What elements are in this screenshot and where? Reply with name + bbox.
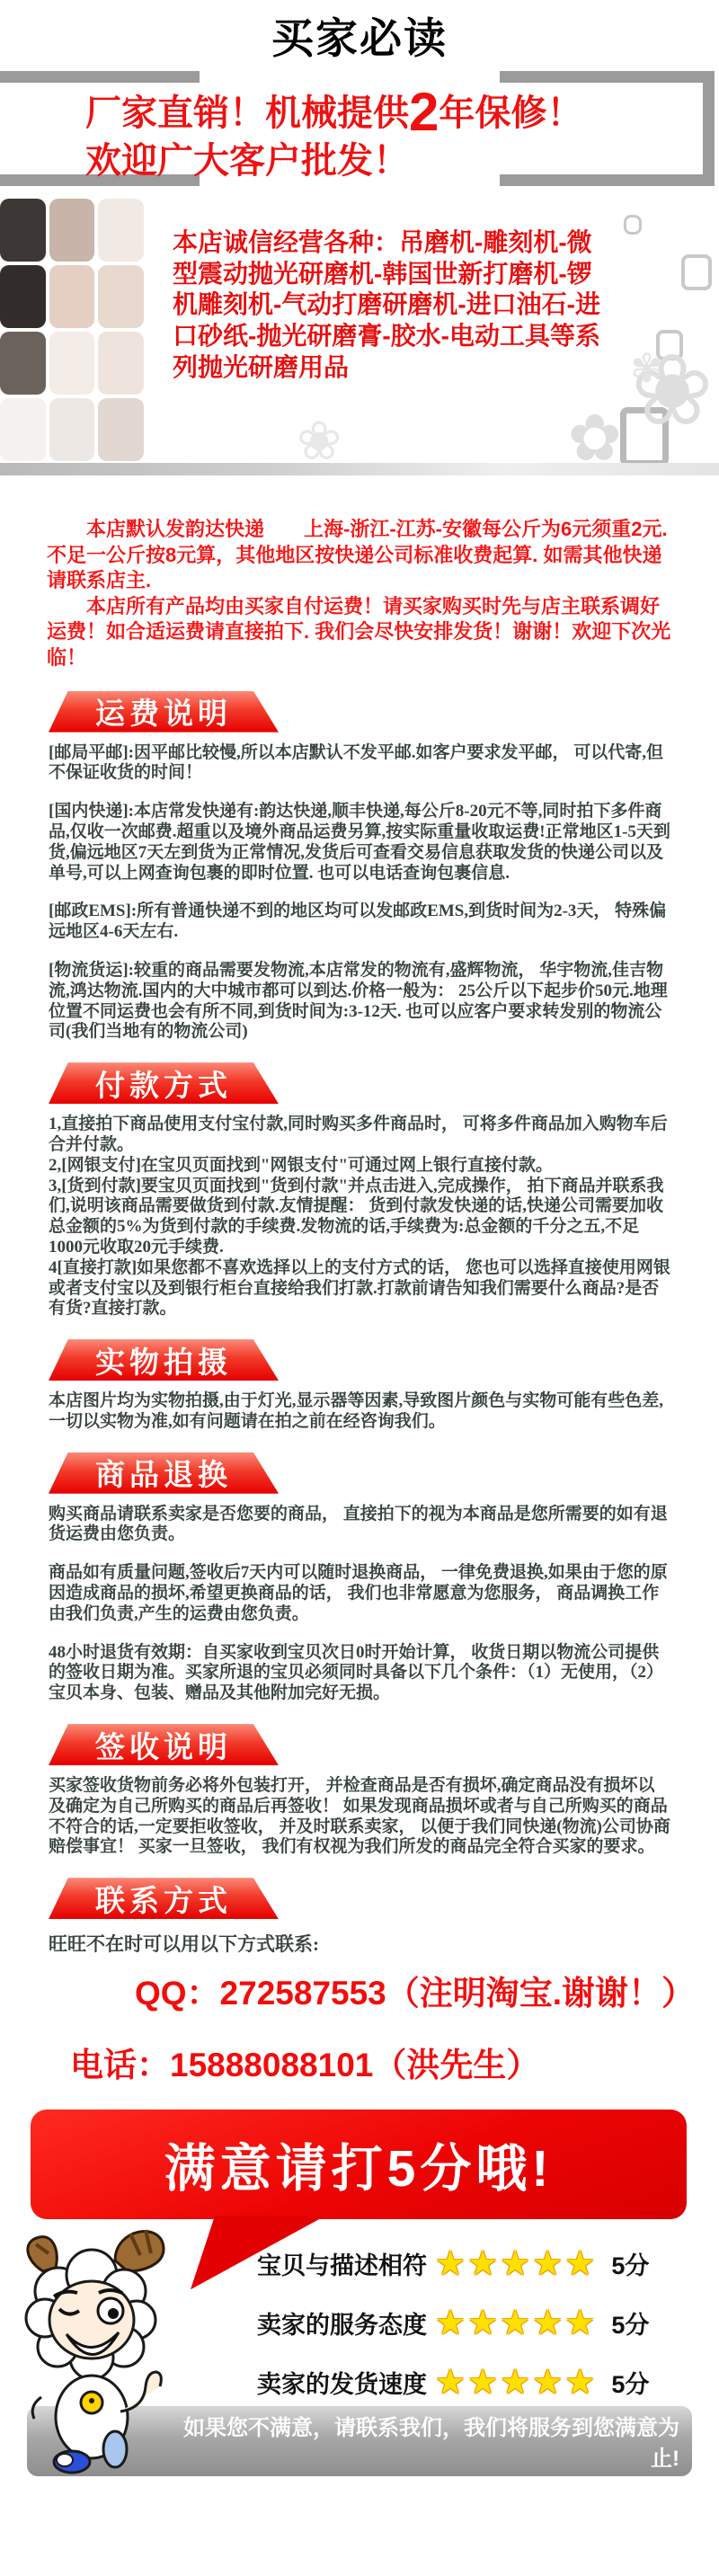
hero-banner: 本店诚信经营各种：吊磨机-雕刻机-微型震动抛光研磨机-韩国世新打磨机-锣机雕刻机…: [0, 199, 719, 475]
frame-bar-right: [703, 71, 715, 186]
warranty-text: 厂家直销！机械提供2年保修！ 欢迎广大客户批发！: [85, 85, 582, 182]
frame-bar-top-left: [0, 71, 200, 83]
rating-label: 卖家的服务态度: [257, 2305, 435, 2341]
receipt-section: 买家签收货物前务必将外包装打开， 并检查商品是否有损坏,确定商品没有损坏以及确定…: [0, 1776, 719, 1858]
section-header-shipping: 运费说明: [49, 691, 279, 733]
contact-section: 旺旺不在时可以用以下方式联系: QQ：272587553（注明淘宝.谢谢！） 电…: [0, 1930, 719, 2086]
rating-row-service: 卖家的服务态度 ★★★★★ 5分: [257, 2293, 688, 2352]
photo-section: 本店图片均为实物拍摄,由于灯光,显示器等因素,导致图片颜色与实物可能有些色差,一…: [0, 1391, 719, 1433]
rating-score: 5分: [611, 2365, 649, 2400]
rating-label: 宝贝与描述相符: [257, 2246, 435, 2281]
shipping-para-express: [国内快递]:本店常发快递有:韵达快递,顺丰快递,每公斤8-20元不等,同时拍下…: [49, 802, 670, 884]
payment-item-2: 2,[网银支付]在宝贝页面找到"网银支付"可通过网上银行直接付款。: [49, 1156, 670, 1177]
rating-headline-bubble: 满意请打5分哦!: [31, 2110, 687, 2219]
section-header-returns: 商品退换: [49, 1452, 279, 1494]
flower-icon: ✾: [630, 350, 663, 389]
five-stars-icon: ★★★★★: [435, 2243, 597, 2283]
section-header-photo: 实物拍摄: [49, 1339, 279, 1381]
payment-item-4: 4[直接打款]如果您都不喜欢选择以上的支付方式的话， 您也可以选择直接使用网银或…: [49, 1258, 670, 1319]
returns-section: 购买商品请联系卖家是否您要的商品， 直接拍下的视为本商品是您所需要的如有退货运费…: [0, 1505, 719, 1704]
rounded-square-icon: [681, 254, 712, 290]
rating-row-speed: 卖家的发货速度 ★★★★★ 5分: [257, 2352, 688, 2412]
warranty-banner: 厂家直销！机械提供2年保修！ 欢迎广大客户批发！: [0, 71, 719, 186]
model-photo: [0, 199, 144, 461]
contact-qq: QQ：272587553（注明淘宝.谢谢！）: [135, 1966, 719, 2014]
shipping-para-postal: [邮局平邮]:因平邮比较慢,所以本店默认不发平邮.如客户要求发平邮， 可以代寄,…: [49, 743, 670, 785]
buyer-notice-page: 买家必读 厂家直销！机械提供2年保修！ 欢迎广大客户批发！ 本店诚信经营各种：吊…: [0, 0, 719, 2576]
warranty-line2: 欢迎广大客户批发！: [85, 139, 582, 182]
photo-para: 本店图片均为实物拍摄,由于灯光,显示器等因素,导致图片颜色与实物可能有些色差,一…: [49, 1391, 670, 1433]
page-title: 买家必读: [0, 0, 719, 69]
shipping-para-ems: [邮政EMS]:所有普通快递不到的地区均可以发邮政EMS,到货时间为2-3天， …: [49, 902, 670, 943]
hero-bottom-strip: [0, 463, 719, 475]
footer-line1: 如果您不满意，请联系我们，我们将服务到您满意为止!: [162, 2413, 679, 2474]
warranty-years-number: 2: [409, 82, 439, 142]
five-stars-icon: ★★★★★: [435, 2303, 597, 2342]
flower-icon: ✿: [568, 405, 622, 470]
intro-para1: 本店默认发韵达快递 上海-浙江-江苏-安徽每公斤为6元须重2元. 不足一公斤按8…: [47, 517, 672, 594]
receipt-para: 买家签收货物前务必将外包装打开， 并检查商品是否有损坏,确定商品没有损坏以及确定…: [49, 1776, 670, 1858]
hero-product-list: 本店诚信经营各种：吊磨机-雕刻机-微型震动抛光研磨机-韩国世新打磨机-锣机雕刻机…: [173, 227, 602, 384]
shipping-para-freight: [物流货运]:较重的商品需要发物流,本店常发的物流有,盛辉物流， 华宇物流,佳吉…: [49, 961, 670, 1043]
frame-bar-top-right: [500, 71, 703, 83]
contact-phone: 电话：15888088101（洪先生）: [70, 2038, 719, 2086]
footer-line2: 如果您满意我们的宝贝，请记得打5分哦，作为给我们的奖励!: [162, 2474, 679, 2536]
rounded-square-icon: [624, 215, 642, 235]
returns-para-2: 商品如有质量问题,签收后7天内可以随时退换商品， 一律免费退换,如果由于您的原因…: [49, 1563, 670, 1624]
flower-icon: ❀: [297, 414, 342, 468]
section-header-receipt: 签收说明: [49, 1724, 279, 1765]
returns-para-1: 购买商品请联系卖家是否您要的商品， 直接拍下的视为本商品是您所需要的如有退货运费…: [49, 1505, 670, 1546]
contact-note: 旺旺不在时可以用以下方式联系:: [49, 1930, 670, 1957]
sheep-mascot: [9, 2208, 171, 2478]
rating-panel: 满意请打5分哦!: [0, 2110, 719, 2516]
payment-section: 1,直接拍下商品使用支付宝付款,同时购买多件商品时， 可将多件商品加入购物车后合…: [0, 1115, 719, 1319]
rating-label: 卖家的发货速度: [257, 2365, 435, 2400]
shipping-section: [邮局平邮]:因平邮比较慢,所以本店默认不发平邮.如客户要求发平邮， 可以代寄,…: [0, 743, 719, 1044]
intro-paragraphs: 本店默认发韵达快递 上海-浙江-江苏-安徽每公斤为6元须重2元. 不足一公斤按8…: [47, 517, 672, 671]
section-header-payment: 付款方式: [49, 1062, 279, 1104]
returns-para-3: 48小时退货有效期：自买家收到宝贝次日0时开始计算， 收货日期以物流公司提供的签…: [49, 1643, 670, 1704]
warranty-line1: 厂家直销！机械提供2年保修！: [85, 85, 582, 139]
intro-para2: 本店所有产品均由买家自付运费！请买家购买时先与店主联系调好运费！如合适运费请直接…: [47, 594, 672, 671]
rating-score: 5分: [611, 2246, 649, 2281]
payment-item-1: 1,直接拍下商品使用支付宝付款,同时购买多件商品时， 可将多件商品加入购物车后合…: [49, 1115, 670, 1156]
payment-item-3: 3,[货到付款]要宝贝页面找到"货到付款"并点击进入,完成操作， 拍下商品并联系…: [49, 1177, 670, 1258]
section-header-contact: 联系方式: [49, 1878, 279, 1919]
rating-headline: 满意请打5分哦!: [164, 2127, 554, 2201]
rating-row-description: 宝贝与描述相符 ★★★★★ 5分: [257, 2234, 688, 2293]
five-stars-icon: ★★★★★: [435, 2362, 597, 2402]
rating-score: 5分: [611, 2305, 649, 2341]
rating-rows: 宝贝与描述相符 ★★★★★ 5分 卖家的服务态度 ★★★★★ 5分 卖家的发货速…: [257, 2234, 688, 2412]
